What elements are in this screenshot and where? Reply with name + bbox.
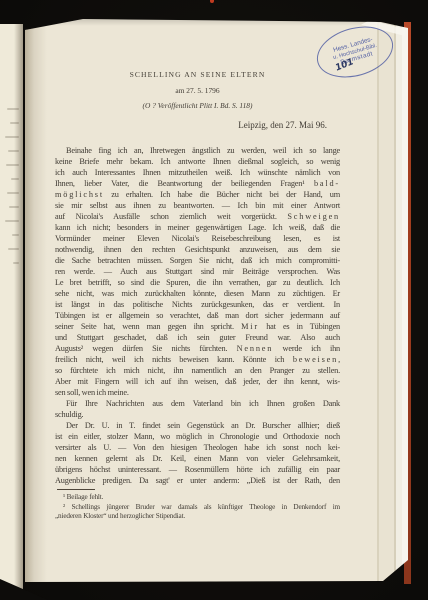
text-remnant-bar — [11, 178, 19, 180]
text-remnant-bar — [9, 206, 19, 208]
text-line: seiner Seite hat, wenn man gegen ihn spr… — [55, 321, 340, 332]
red-mark — [210, 0, 214, 3]
library-stamp: Hess. Landes- u. Hochschul-Bibl. Darmsta… — [311, 18, 399, 86]
footnotes: ¹ Beilage fehlt.² Schellings jüngerer Br… — [55, 493, 340, 522]
text-line: ren werde. — Auch aus Stuttgart sind mir… — [55, 266, 340, 277]
book-page: SCHELLING AN SEINE ELTERN am 27. 5. 1796… — [25, 19, 408, 583]
text-remnant-bar — [12, 234, 19, 236]
text-line: möglichst zu erhalten. Ich habe die Büch… — [55, 189, 340, 200]
text-line: Für Ihre Nachrichten aus dem Vaterland b… — [55, 398, 340, 409]
footnote-rule — [57, 489, 95, 490]
text-line: schuldig. — [55, 409, 340, 420]
text-line: nen kennen gelernt als Dr. Keil, einen M… — [55, 453, 340, 464]
letter-title: SCHELLING AN SEINE ELTERN — [55, 70, 340, 79]
text-line: freilich nicht, weil ich nichts beweisen… — [55, 354, 340, 365]
text-line: „niederen Kloster“ und herzoglicher Stip… — [55, 512, 340, 522]
text-line: Tübingen ist er allgemein so verachtet, … — [55, 310, 340, 321]
text-line: Augenblicke predigen. Da sagt' er unter … — [55, 475, 340, 486]
text-line: sehe nicht, was mich zurückhalten könnte… — [55, 288, 340, 299]
text-remnant-bar — [5, 136, 19, 138]
text-remnant-bar — [10, 122, 19, 124]
text-line: Beinahe fing ich an, Ihretwegen ängstlic… — [55, 145, 340, 156]
text-remnant-bar — [13, 262, 19, 264]
facing-page-text-remnants — [0, 108, 19, 264]
text-line: ich auch Interessantes Ihnen mitzutheile… — [55, 167, 340, 178]
text-line: sen soll, wen ich meine. — [55, 387, 340, 398]
letter-heading: SCHELLING AN SEINE ELTERN am 27. 5. 1796… — [55, 70, 340, 110]
text-line: Augusts² wegen dürfen Sie nichts fürchte… — [55, 343, 340, 354]
letter-heading-date: am 27. 5. 1796 — [55, 86, 340, 95]
text-line: auf Nicolai's Ausfälle schon ziemlich we… — [55, 211, 340, 222]
text-line: sie mir selbst aus ihnen zu beantworten.… — [55, 200, 340, 211]
text-remnant-bar — [8, 150, 19, 152]
text-remnant-bar — [7, 192, 19, 194]
letter-dateline: Leipzig, den 27. Mai 96. — [55, 120, 340, 130]
text-remnant-bar — [7, 108, 19, 110]
stamp-text: Hess. Landes- u. Hochschul-Bibl. Darmsta… — [311, 18, 399, 86]
text-line: ¹ Beilage fehlt. — [55, 493, 340, 503]
text-line: versirter als U. — Von den hiesigen Theo… — [55, 442, 340, 453]
text-remnant-bar — [6, 164, 19, 166]
text-line: so fürchtete ich mich nicht, ihn namentl… — [55, 365, 340, 376]
book-scan: SCHELLING AN SEINE ELTERN am 27. 5. 1796… — [0, 0, 428, 600]
text-line: ist ein eitler, stolzer Mann, wo möglich… — [55, 431, 340, 442]
facing-page-strip — [0, 24, 23, 594]
text-line: die Sache betrachten müssen. Sorgen Sie … — [55, 255, 340, 266]
text-line: kann ich nicht; besonders in meiner gege… — [55, 222, 340, 233]
text-line: ist längst in das politische Nichts zurü… — [55, 299, 340, 310]
text-line: Le bret betrifft, so sind die Spuren, di… — [55, 277, 340, 288]
text-line: und Stuttgart geschadet, daß ich sein gu… — [55, 332, 340, 343]
text-line: Der Dr. U. in T. findet sein Gegenstück … — [55, 420, 340, 431]
text-remnant-bar — [5, 220, 19, 222]
text-remnant-bar — [8, 248, 19, 250]
text-line: ² Schellings jüngerer Bruder war damals … — [55, 503, 340, 513]
letter-source-note: (O ? Veröffentlicht Plitt I. Bd. S. 118) — [55, 101, 340, 110]
text-line: Vormünder meiner Eleven Nicolai's Reiseb… — [55, 233, 340, 244]
text-line: Ihnen, lieber Vater, die Beantwortung de… — [55, 178, 340, 189]
text-line: nothwendig, ihnen den rechten Gesichtspu… — [55, 244, 340, 255]
text-line: übrigens höchst uninteressant. — Rosenmü… — [55, 464, 340, 475]
text-line: Aber mit Fingern will ich auf ihn weisen… — [55, 376, 340, 387]
text-line: keine Briefe mehr bekam. Ich antworte Ih… — [55, 156, 340, 167]
letter-body: Beinahe fing ich an, Ihretwegen ängstlic… — [55, 145, 340, 486]
